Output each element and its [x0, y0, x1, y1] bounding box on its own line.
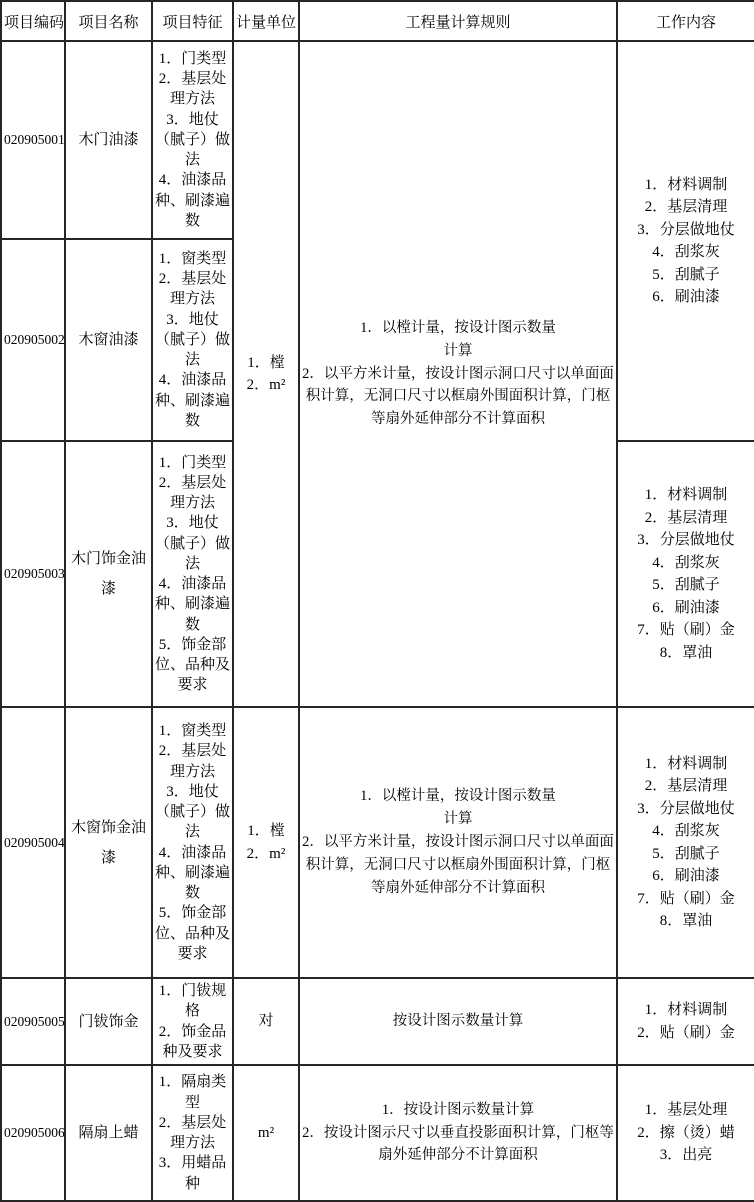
cell-line: 1．材料调制	[620, 484, 752, 507]
project-code-cell: 020905006	[1, 1065, 65, 1201]
cell-line: 1．材料调制	[620, 999, 752, 1022]
table-row: 020905004 木窗饰金油漆 1．窗类型2．基层处理方法3．地仗（腻子）做法…	[1, 707, 754, 978]
cell-line: 5．刮腻子	[620, 843, 752, 866]
cell-line: 6．刷油漆	[620, 597, 752, 620]
measure-unit-cell: 对	[233, 978, 299, 1065]
cell-line: 6．刷油漆	[620, 286, 752, 309]
cell-line: 5．刮腻子	[620, 574, 752, 597]
cell-line: 对	[236, 1010, 296, 1033]
column-header-calculation-rule: 工程量计算规则	[299, 1, 617, 41]
features-list: 1．窗类型2．基层处理方法3．地仗（腻子）做法4．油漆品种、刷漆遍数	[155, 249, 230, 431]
features-list: 1．门类型2．基层处理方法3．地仗（腻子）做法4．油漆品种、刷漆遍数	[155, 49, 230, 231]
project-name-cell: 木门油漆	[65, 41, 152, 239]
calculation-rule-cell: 1．以樘计量，按设计图示数量 计算2．以平方米计量，按设计图示洞口尺寸以单面面积…	[299, 41, 617, 707]
cell-line: 1．以樘计量，按设计图示数量 计算	[302, 317, 614, 363]
cell-line: 2．基层清理	[620, 775, 752, 798]
project-features-cell: 1．门类型2．基层处理方法3．地仗（腻子）做法4．油漆品种、刷漆遍数	[152, 41, 233, 239]
cell-line: 3．地仗（腻子）做法	[155, 513, 230, 574]
cell-line: 7．贴（刷）金	[620, 888, 752, 911]
project-name-cell: 木门饰金油漆	[65, 441, 152, 707]
work-content-cell: 1．材料调制2．基层清理3．分层做地仗4．刮浆灰5．刮腻子6．刷油漆7．贴（刷）…	[617, 707, 754, 978]
unit-list: m²	[236, 1122, 296, 1145]
cell-line: 3．分层做地仗	[620, 798, 752, 821]
features-list: 1．门钹规格2．饰金品种及要求	[155, 981, 230, 1062]
measure-unit-cell: m²	[233, 1065, 299, 1201]
measure-unit-cell: 1．樘2．m²	[233, 707, 299, 978]
cell-line: 6．刷油漆	[620, 865, 752, 888]
column-header-work-content: 工作内容	[617, 1, 754, 41]
rule-list: 1．按设计图示数量计算2．按设计图示尺寸以垂直投影面积计算，门枢等扇外延伸部分不…	[302, 1099, 614, 1168]
project-name-cell: 木窗饰金油漆	[65, 707, 152, 978]
work-list: 1．材料调制2．基层清理3．分层做地仗4．刮浆灰5．刮腻子6．刷油漆	[620, 174, 752, 309]
cell-line: 1．基层处理	[620, 1099, 752, 1122]
cell-line: 1．门类型	[155, 49, 230, 69]
features-list: 1．门类型2．基层处理方法3．地仗（腻子）做法4．油漆品种、刷漆遍数5．饰金部位…	[155, 453, 230, 696]
calculation-rule-cell: 按设计图示数量计算	[299, 978, 617, 1065]
work-content-cell: 1．材料调制2．基层清理3．分层做地仗4．刮浆灰5．刮腻子6．刷油漆	[617, 41, 754, 441]
features-list: 1．隔扇类型2．基层处理方法3．用蜡品种	[155, 1072, 230, 1194]
calculation-rule-cell: 1．以樘计量，按设计图示数量 计算2．以平方米计量，按设计图示洞口尺寸以单面面积…	[299, 707, 617, 978]
column-header-project-name: 项目名称	[65, 1, 152, 41]
cell-line: 1．窗类型	[155, 721, 230, 741]
cell-line: 8．罩油	[620, 910, 752, 933]
cell-line: 3．分层做地仗	[620, 529, 752, 552]
cell-line: 2．m²	[236, 843, 296, 866]
cell-line: 2．按设计图示尺寸以垂直投影面积计算，门枢等扇外延伸部分不计算面积	[302, 1122, 614, 1168]
unit-list: 1．樘2．m²	[236, 820, 296, 865]
cell-line: 1．按设计图示数量计算	[302, 1099, 614, 1122]
project-features-cell: 1．窗类型2．基层处理方法3．地仗（腻子）做法4．油漆品种、刷漆遍数5．饰金部位…	[152, 707, 233, 978]
cell-line: 4．油漆品种、刷漆遍数	[155, 370, 230, 431]
cell-line: 1．樘	[236, 820, 296, 843]
table-row: 020905001 木门油漆 1．门类型2．基层处理方法3．地仗（腻子）做法4．…	[1, 41, 754, 239]
project-name-cell: 门钹饰金	[65, 978, 152, 1065]
cell-line: 3．分层做地仗	[620, 219, 752, 242]
cell-line: 2．基层处理方法	[155, 473, 230, 514]
cell-line: 2．基层清理	[620, 507, 752, 530]
project-features-cell: 1．窗类型2．基层处理方法3．地仗（腻子）做法4．油漆品种、刷漆遍数	[152, 239, 233, 441]
cell-line: 4．油漆品种、刷漆遍数	[155, 574, 230, 635]
cell-line: 5．饰金部位、品种及要求	[155, 635, 230, 696]
cell-line: m²	[236, 1122, 296, 1145]
project-features-cell: 1．门类型2．基层处理方法3．地仗（腻子）做法4．油漆品种、刷漆遍数5．饰金部位…	[152, 441, 233, 707]
work-content-cell: 1．基层处理2．擦（烫）蜡3．出亮	[617, 1065, 754, 1201]
work-list: 1．材料调制2．基层清理3．分层做地仗4．刮浆灰5．刮腻子6．刷油漆7．贴（刷）…	[620, 753, 752, 933]
unit-list: 对	[236, 1010, 296, 1033]
unit-list: 1．樘2．m²	[236, 352, 296, 397]
measure-unit-cell: 1．樘2．m²	[233, 41, 299, 707]
project-name-cell: 隔扇上蜡	[65, 1065, 152, 1201]
work-list: 1．基层处理2．擦（烫）蜡3．出亮	[620, 1099, 752, 1167]
project-name-cell: 木窗油漆	[65, 239, 152, 441]
cell-line: 8．罩油	[620, 642, 752, 665]
cell-line: 4．刮浆灰	[620, 552, 752, 575]
header-row: 项目编码 项目名称 项目特征 计量单位 工程量计算规则 工作内容	[1, 1, 754, 41]
cell-line: 2．基层处理方法	[155, 741, 230, 782]
cell-line: 1．窗类型	[155, 249, 230, 269]
project-features-cell: 1．门钹规格2．饰金品种及要求	[152, 978, 233, 1065]
cell-line: 2．贴（刷）金	[620, 1022, 752, 1045]
column-header-project-features: 项目特征	[152, 1, 233, 41]
work-content-cell: 1．材料调制2．基层清理3．分层做地仗4．刮浆灰5．刮腻子6．刷油漆7．贴（刷）…	[617, 441, 754, 707]
cell-line: 2．基层处理方法	[155, 69, 230, 110]
cell-line: 7．贴（刷）金	[620, 619, 752, 642]
cell-line: 1．门类型	[155, 453, 230, 473]
column-header-measure-unit: 计量单位	[233, 1, 299, 41]
project-code-cell: 020905004	[1, 707, 65, 978]
page: 项目编码 项目名称 项目特征 计量单位 工程量计算规则 工作内容 0209050…	[0, 0, 754, 1202]
project-code-cell: 020905001	[1, 41, 65, 239]
cell-line: 4．油漆品种、刷漆遍数	[155, 170, 230, 231]
cell-line: 1．以樘计量，按设计图示数量 计算	[302, 785, 614, 831]
cell-line: 1．隔扇类型	[155, 1072, 230, 1113]
table-row: 020905006 隔扇上蜡 1．隔扇类型2．基层处理方法3．用蜡品种 m² 1…	[1, 1065, 754, 1201]
rule-list: 1．以樘计量，按设计图示数量 计算2．以平方米计量，按设计图示洞口尺寸以单面面积…	[302, 785, 614, 900]
project-features-cell: 1．隔扇类型2．基层处理方法3．用蜡品种	[152, 1065, 233, 1201]
cell-line: 2．以平方米计量，按设计图示洞口尺寸以单面面积计算，无洞口尺寸以框扇外围面积计算…	[302, 831, 614, 900]
project-code-cell: 020905005	[1, 978, 65, 1065]
work-list: 1．材料调制2．基层清理3．分层做地仗4．刮浆灰5．刮腻子6．刷油漆7．贴（刷）…	[620, 484, 752, 664]
cell-line: 1．材料调制	[620, 174, 752, 197]
cell-line: 4．刮浆灰	[620, 241, 752, 264]
cell-line: 2．以平方米计量，按设计图示洞口尺寸以单面面积计算，无洞口尺寸以框扇外围面积计算…	[302, 363, 614, 432]
cell-line: 2．基层处理方法	[155, 269, 230, 310]
cell-line: 3．地仗（腻子）做法	[155, 310, 230, 371]
project-code-cell: 020905002	[1, 239, 65, 441]
table-row: 020905005 门钹饰金 1．门钹规格2．饰金品种及要求 对 按设计图示数量…	[1, 978, 754, 1065]
cell-line: 按设计图示数量计算	[302, 1010, 614, 1033]
cell-line: 2．擦（烫）蜡	[620, 1122, 752, 1145]
cell-line: 2．基层清理	[620, 196, 752, 219]
cell-line: 3．地仗（腻子）做法	[155, 782, 230, 843]
project-code-cell: 020905003	[1, 441, 65, 707]
cell-line: 4．刮浆灰	[620, 820, 752, 843]
cell-line: 5．饰金部位、品种及要求	[155, 903, 230, 964]
cell-line: 2．饰金品种及要求	[155, 1022, 230, 1063]
cell-line: 2．基层处理方法	[155, 1113, 230, 1154]
cell-line: 3．地仗（腻子）做法	[155, 110, 230, 171]
cell-line: 2．m²	[236, 374, 296, 397]
cell-line: 1．门钹规格	[155, 981, 230, 1022]
calculation-rule-cell: 1．按设计图示数量计算2．按设计图示尺寸以垂直投影面积计算，门枢等扇外延伸部分不…	[299, 1065, 617, 1201]
features-list: 1．窗类型2．基层处理方法3．地仗（腻子）做法4．油漆品种、刷漆遍数5．饰金部位…	[155, 721, 230, 964]
cell-line: 1．材料调制	[620, 753, 752, 776]
rule-list: 1．以樘计量，按设计图示数量 计算2．以平方米计量，按设计图示洞口尺寸以单面面积…	[302, 317, 614, 432]
cell-line: 4．油漆品种、刷漆遍数	[155, 843, 230, 904]
rule-list: 按设计图示数量计算	[302, 1010, 614, 1033]
cell-line: 3．用蜡品种	[155, 1153, 230, 1194]
cell-line: 1．樘	[236, 352, 296, 375]
quantity-calculation-rules-table: 项目编码 项目名称 项目特征 计量单位 工程量计算规则 工作内容 0209050…	[0, 0, 754, 1202]
column-header-project-code: 项目编码	[1, 1, 65, 41]
cell-line: 5．刮腻子	[620, 264, 752, 287]
cell-line: 3．出亮	[620, 1144, 752, 1167]
work-content-cell: 1．材料调制2．贴（刷）金	[617, 978, 754, 1065]
work-list: 1．材料调制2．贴（刷）金	[620, 999, 752, 1044]
